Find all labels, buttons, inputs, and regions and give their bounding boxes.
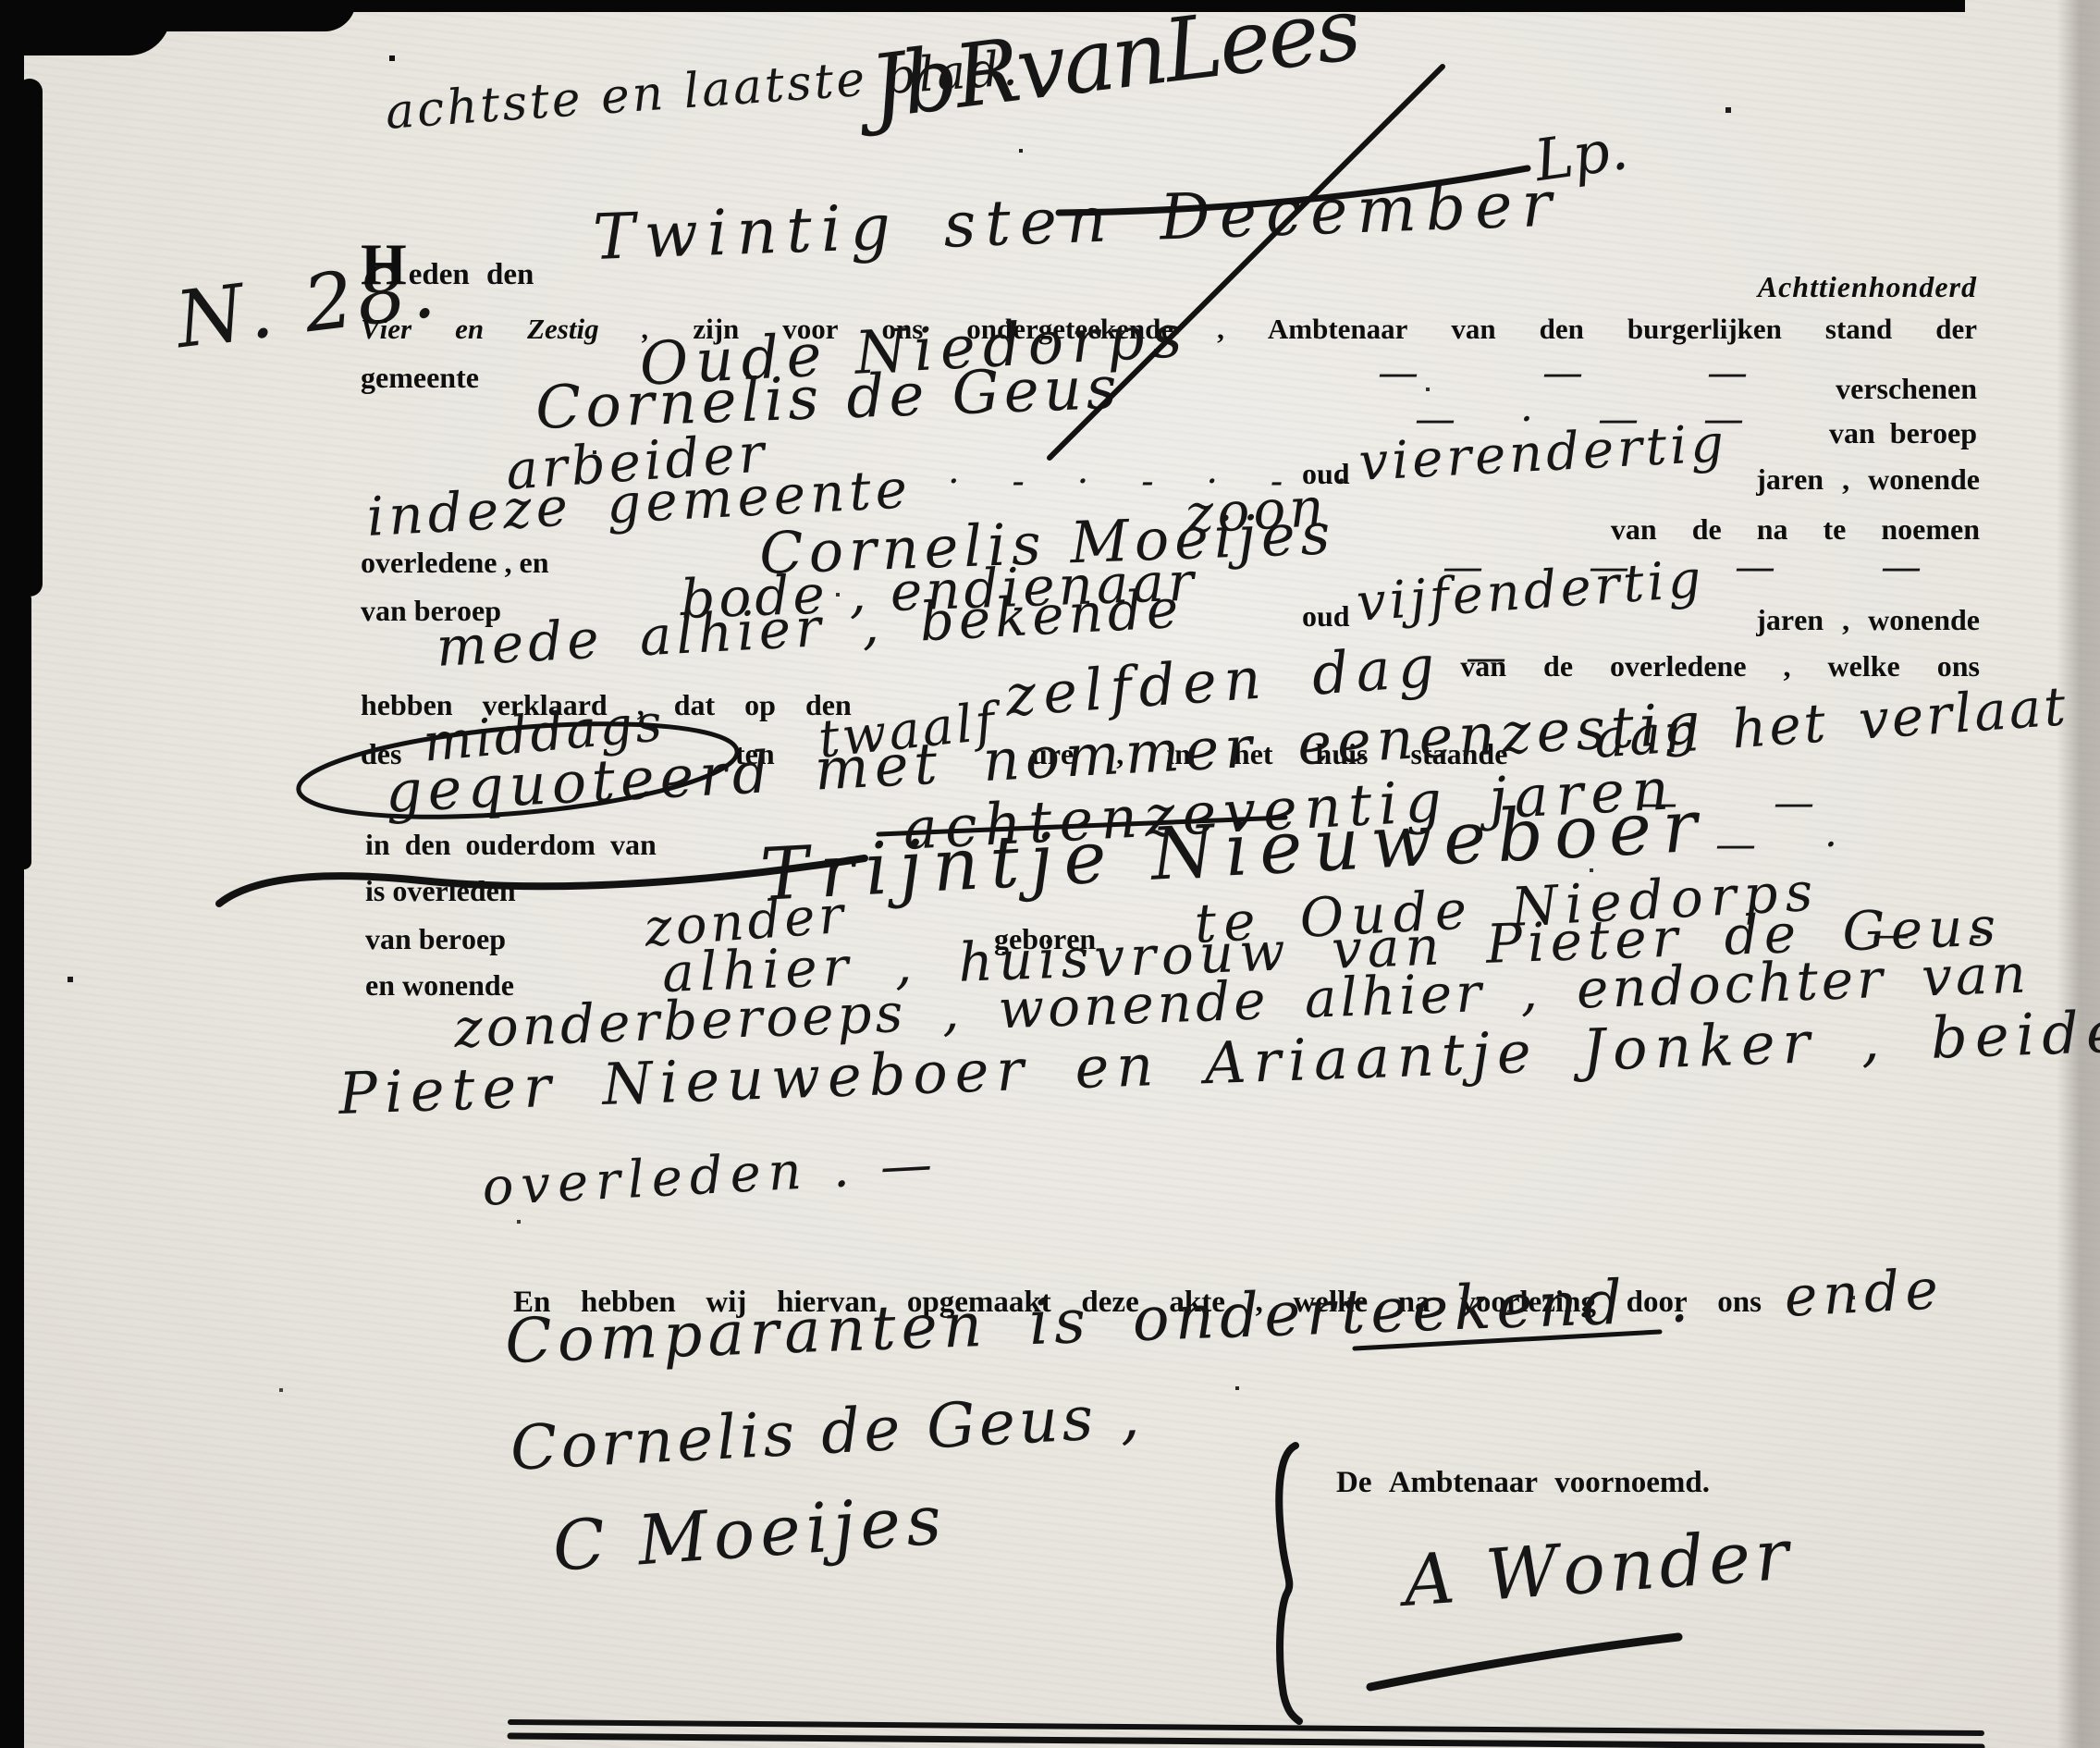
printed-verschenen: verschenen [1836,372,1977,406]
printed-ambtenaar-voornoemd: De Ambtenaar voornoemd. [1336,1466,1710,1500]
printed-achttienhonderd: Achttienhonderd [1758,270,1977,304]
printed-is-overleden: is overleden [365,874,516,908]
hw-declarant1-naam: Cornelis de Geus [534,354,1123,443]
printed-oud-2: oud [1302,599,1350,634]
printed-vier-en-zestig: Vier en Zestig , [361,313,649,345]
printed-jaren-wonende-2: jaren , wonende [1756,603,1980,637]
printed-heden-den: Heden den [361,248,534,292]
hw-leeftijd-declarant2: vijfendertig [1355,549,1706,634]
signature-declarant2: C Moeijes [550,1480,950,1587]
signature-official: A Wonder [1401,1513,1796,1622]
scan-edge-left-bulge2 [17,592,31,869]
hw-dashes-line3: — — — [1378,350,1803,397]
paper-specks [0,0,2,2]
printed-jaren-wonende-1: jaren , wonende [1756,462,1980,497]
clerk-signature: JbRvanLees [865,0,1364,139]
bottom-rule-1 [510,1722,1982,1733]
hw-comparanten-onderteekend: Comparanten is onderteekend . [504,1264,1695,1377]
scan-edge-right-shadow [2057,0,2100,1748]
printed-van-beroep-1: van beroep [1829,416,1977,450]
printed-gemeente: gemeente [361,361,479,395]
printed-ouderdom-van: in den ouderdom van [365,828,657,862]
hw-ende: ende [1783,1257,1946,1330]
printed-na-te-noemen: van de na te noemen [1611,512,1980,547]
hw-overleden-slot: overleden . — [481,1134,941,1218]
printed-van-beroep-3: van beroep [365,922,506,956]
printed-overledene-en: overledene , en [361,546,549,580]
scanned-death-record: achtste en laatste blad. JbRvanLees Lp. … [0,0,2100,1748]
signature-brace [1279,1446,1299,1721]
printed-van-de-overledene: van de overledene , welke ons [1460,649,1980,683]
scan-edge-left-bulge [17,79,43,597]
official-signature-underline [1370,1637,1678,1687]
signature-declarant1: Cornelis de Geus , [509,1380,1145,1484]
bottom-rule-2 [510,1736,1982,1747]
hw-leeftijd-declarant1: vierendertig [1357,413,1729,493]
scan-corner-blob2 [0,0,171,55]
hw-date: Twintig sten December [592,167,1562,274]
